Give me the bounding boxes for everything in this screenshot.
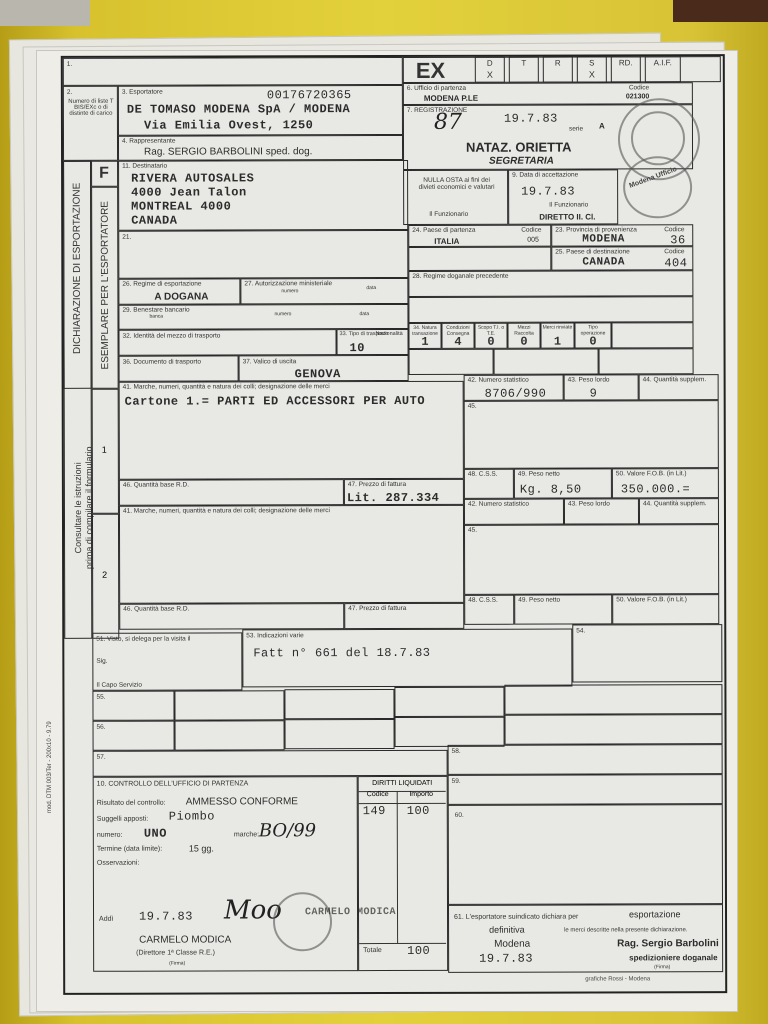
exporter-code: 00176720365	[267, 88, 352, 102]
item-1-fob-label: 50. Valore F.O.B. (in Lit.)	[616, 470, 687, 477]
blank-cell	[409, 349, 494, 375]
box-2-label: Numero di liste T BIS/EXc o di distinte …	[66, 99, 116, 117]
transport-type-box: 33. Tipo di trasporto 10 Nazionalità	[336, 329, 408, 355]
flag-label: T	[510, 59, 538, 68]
transaction-code-cell: 34. Natura transazione1	[408, 323, 441, 349]
origin-country-code: 005	[527, 237, 539, 244]
box-55: 55.	[92, 691, 174, 721]
box-2: 2. Numero di liste T BIS/EXc o di distin…	[63, 86, 118, 161]
item-2-fob-box: 50. Valore F.O.B. (in Lit.)	[612, 594, 719, 624]
code-label: Codice	[664, 248, 684, 255]
blank-cell	[494, 348, 599, 374]
box-21: 21.	[118, 230, 408, 279]
item-2-price-box: 47. Prezzo di fattura	[344, 603, 464, 629]
item-1-price-box: 47. Prezzo di fattura Lit. 287.334	[344, 479, 464, 505]
notes-box: 53. Indicazioni varie Fatt n° 661 del 18…	[242, 629, 572, 688]
visa-sig: Sig.	[96, 658, 107, 665]
item-2-net-box: 49. Peso netto	[514, 594, 612, 624]
province-value: MODENA	[582, 233, 625, 245]
item-1-gross-box: 43. Peso lordo 9	[564, 374, 639, 400]
item-1-suppl-box: 44. Quantità supplem.	[639, 374, 719, 400]
nulla-osta-label: NULLA OSTA ai fini dei divieti economici…	[414, 177, 499, 191]
code-value: 4	[443, 335, 474, 349]
box-55e	[504, 684, 722, 715]
item-1-css-label: 48. C.S.S.	[468, 471, 498, 478]
observations-label: Osservazioni:	[97, 860, 139, 867]
item-2-stat-label: 42. Numero statistico	[468, 501, 529, 508]
transaction-code-cell: Condizioni Consegna4	[441, 323, 474, 349]
item-1-net-label: 49. Peso netto	[518, 471, 560, 478]
exit-point-value: GENOVA	[295, 367, 341, 381]
authorization-label: 27. Autorizzazione ministeriale	[244, 280, 332, 287]
visa-box: 51. Visto, si delega per la visita il Si…	[92, 632, 242, 690]
acceptance-date: 19.7.83	[521, 185, 575, 199]
bank-numero: numero	[274, 311, 291, 317]
transaction-code-cell: Tipo operazione0	[574, 322, 611, 348]
registration-date: 19.7.83	[504, 112, 558, 126]
exporter-box: 3. Esportatore 00176720365 DE TOMASO MOD…	[118, 85, 403, 136]
duties-divider	[397, 803, 398, 943]
code-value: 1	[410, 335, 441, 349]
item-1-qty-label: 46. Quantità base R.D.	[123, 482, 189, 489]
duty-amount: 100	[407, 804, 430, 818]
flag-d: DX	[475, 57, 505, 83]
box-55b	[174, 690, 284, 720]
item-2-gross-box: 43. Peso lordo	[564, 498, 639, 524]
visa-chief: Il Capo Servizio	[96, 682, 142, 689]
item-1-box-45: 45.	[464, 400, 719, 469]
declaration-role: spedizioniere doganale	[629, 953, 717, 962]
code-label: Codice	[629, 84, 649, 91]
instructions-line1: Consultare le istruzioni	[73, 408, 84, 608]
flag-label: RD.	[612, 58, 640, 67]
departure-office-value: MODENA P.LE	[424, 94, 478, 103]
officer-title: (Direttore 1ª Classe R.E.)	[136, 949, 215, 956]
code-label: Codice	[664, 226, 684, 233]
box-45-label: 45.	[468, 403, 477, 410]
item-2-suppl-box: 44. Quantità supplem.	[639, 498, 719, 524]
item-2-css-box: 48. C.S.S.	[464, 595, 514, 625]
item-1-side: 1	[92, 389, 119, 514]
form-type-code: EX	[416, 58, 445, 84]
notes-value: Fatt n° 661 del 18.7.83	[253, 646, 430, 660]
blank-cell	[599, 348, 694, 374]
acceptance-box: 9. Data di accettazione 19.7.83 Il Funzi…	[508, 169, 618, 224]
box-45-label: 45.	[468, 527, 477, 534]
term-label: Termine (data limite):	[97, 846, 162, 853]
code-value: 0	[476, 335, 507, 349]
box-54-label: 54.	[576, 627, 585, 634]
notes-label: 53. Indicazioni varie	[246, 632, 303, 639]
declaration-text: le merci descritte nella presente dichia…	[564, 927, 687, 933]
item-1-stat-label: 42. Numero statistico	[468, 377, 529, 384]
nulla-osta-box: NULLA OSTA ai fini dei divieti economici…	[403, 170, 508, 225]
duties-total-label: Totale	[363, 947, 382, 954]
item-2-side: 2	[92, 514, 119, 639]
box-58: 58.	[448, 744, 723, 775]
exporter-address: Via Emilia Ovest, 1250	[144, 118, 313, 132]
item-1-net: Kg. 8,50	[520, 483, 582, 497]
acceptance-official: Il Funzionario	[549, 201, 588, 208]
box-56-label: 56.	[97, 724, 106, 731]
item-1-stat: 8706/990	[485, 387, 547, 401]
box-59: 59.	[448, 774, 723, 805]
flag-rd: RD.	[611, 56, 641, 82]
item-1-price-label: 47. Prezzo di fattura	[348, 481, 406, 488]
declaration-type2: definitiva	[489, 925, 525, 935]
customs-stamp-round	[273, 892, 332, 951]
box-1: 1.	[63, 57, 403, 86]
item-1-price: Lit. 287.334	[347, 491, 439, 505]
transaction-code-cell: Scopo T.I. o T.E.0	[474, 323, 507, 349]
item-1-description-label: 41. Marche, numeri, quantità e natura de…	[123, 383, 330, 391]
code-value: 0	[509, 335, 540, 349]
transport-doc-label: 36. Documento di trasporto	[123, 359, 201, 366]
declaration-box: 61. L'esportatore suindicato dichiara pe…	[448, 904, 723, 973]
exit-point-box: 37. Valico di uscita GENOVA	[239, 355, 409, 381]
flag-s: SX	[577, 56, 607, 82]
consignee-line: MONTREAL 4000	[131, 199, 231, 213]
duties-header: DIRITTI LIQUIDATI	[359, 777, 446, 792]
flag-label: D	[476, 59, 504, 68]
item-2-stat-box: 42. Numero statistico	[464, 499, 564, 525]
control-result: AMMESSO CONFORME	[186, 796, 298, 807]
printer-credit: grafiche Rossi - Modena	[585, 976, 650, 982]
declaration-label: 61. L'esportatore suindicato dichiara pe…	[454, 914, 578, 921]
province-box: 23. Provincia di provenienza MODENA Codi…	[551, 224, 693, 246]
flag-label: R	[544, 59, 572, 68]
visa-label: 51. Visto, si delega per la visita il	[96, 636, 190, 643]
duties-amount-label: Importo	[397, 791, 446, 804]
item-1-stat-box: 42. Numero statistico 8706/990	[464, 375, 564, 401]
box-58-label: 58.	[452, 748, 461, 755]
edge-form-code: mod. DTM 003/Ter - 200x10 - 9.79	[47, 633, 53, 813]
export-declaration-form: 1. EX DXTRSXRD.A.I.F. 2. Numero di liste…	[61, 54, 727, 995]
transaction-code-cell: Mezzi Raccolta0	[507, 323, 540, 349]
transport-type-value: 10	[350, 341, 365, 355]
exit-point-label: 37. Valico di uscita	[243, 358, 297, 365]
destination-value: CANADA	[582, 256, 625, 268]
box-55-label: 55.	[96, 694, 105, 701]
empty-country-box	[408, 247, 551, 271]
item-2-description-box: 41. Marche, numeri, quantità e natura de…	[119, 505, 464, 604]
flag-label: S	[578, 58, 606, 67]
blank-row-box	[408, 296, 693, 323]
duties-row: 149100	[359, 804, 446, 820]
registration-number: 87	[434, 110, 462, 135]
box-57-label: 57.	[97, 754, 106, 761]
flag-value: X	[578, 69, 606, 79]
item-2-gross-label: 43. Peso lordo	[568, 500, 610, 507]
item-2-net-label: 49. Peso netto	[518, 597, 560, 604]
marks-value: BO/99	[259, 820, 316, 841]
date-label: Addì	[99, 916, 113, 923]
item-2-price-label: 47. Prezzo di fattura	[348, 605, 406, 612]
box-56e	[504, 714, 722, 745]
authorization-box: 27. Autorizzazione ministeriale numero d…	[240, 278, 408, 304]
box-55c	[284, 689, 394, 719]
item-2-number: 2	[102, 570, 107, 580]
item-1-suppl-label: 44. Quantità supplem.	[643, 376, 707, 383]
duty-code: 149	[363, 804, 386, 818]
copy-letter: F	[99, 165, 109, 183]
declaration-place: Modena	[494, 939, 530, 950]
consignee-box: 11. Destinatario RIVERA AUTOSALES4000 Je…	[118, 160, 408, 231]
export-regime-value: A DOGANA	[154, 291, 208, 302]
box-55d	[394, 687, 504, 717]
control-date: 19.7.83	[139, 910, 193, 924]
transport-id-label: 32. Identità del mezzo di trasporto	[122, 332, 220, 339]
flag-label: A.I.F.	[646, 58, 680, 67]
destination-label: 25. Paese di destinazione	[555, 248, 629, 255]
code-value: 0	[576, 334, 611, 348]
departure-office-label: 6. Ufficio di partenza	[407, 85, 466, 92]
side-label-outer: DICHIARAZIONE DI ESPORTAZIONE	[72, 168, 84, 368]
flag-value: X	[476, 70, 504, 80]
box-57: 57.	[93, 750, 448, 777]
flag-r: R	[543, 57, 573, 83]
item-1-net-box: 49. Peso netto Kg. 8,50	[514, 468, 612, 498]
province-code: 36	[670, 233, 685, 247]
item-2-box-45: 45.	[464, 524, 719, 595]
background-object-dark	[673, 0, 768, 22]
declaration-signer: Rag. Sergio Barbolini	[617, 938, 719, 949]
code-value: 1	[542, 335, 574, 349]
bank-data: data	[359, 311, 369, 317]
export-regime-label: 26. Regime di esportazione	[122, 281, 201, 288]
control-label: 10. CONTROLLO DELL'UFFICIO DI PARTENZA	[97, 780, 249, 787]
item-1-fob-box: 50. Valore F.O.B. (in Lit.) 350.000.=	[612, 468, 719, 498]
exporter-name: DE TOMASO MODENA SpA / MODENA	[127, 102, 350, 117]
consignee-line: 4000 Jean Talon	[131, 185, 247, 199]
officer-name: CARMELO MODICA	[139, 934, 231, 945]
box-60-label: 60.	[455, 812, 464, 819]
duties-rows: 149100	[359, 804, 446, 820]
export-regime-box: 26. Regime di esportazione A DOGANA	[118, 278, 240, 304]
item-1-description-box: 41. Marche, numeri, quantità e natura de…	[119, 381, 464, 480]
box-56d	[395, 717, 505, 747]
box-56b	[175, 720, 285, 750]
sign-label: (Firma)	[169, 961, 185, 967]
nationality-label: Nazionalità	[375, 331, 402, 337]
number-label: numero:	[97, 832, 123, 839]
representative-label: 4. Rappresentante	[122, 138, 176, 145]
acceptance-stamp: DIRETTO II. Cl.	[539, 212, 595, 221]
item-2-fob-label: 50. Valore F.O.B. (in Lit.)	[616, 596, 687, 603]
representative-box: 4. Rappresentante Rag. SERGIO BARBOLINI …	[118, 135, 403, 161]
origin-country-box: 24. Paese di partenza ITALIA Codice 005	[408, 225, 551, 247]
consignee-line: CANADA	[131, 214, 177, 228]
item-1-qty-box: 46. Quantità base R.D.	[119, 479, 344, 506]
series-value: A	[599, 121, 605, 130]
declaration-type: esportazione	[629, 909, 681, 919]
item-1-css-box: 48. C.S.S.	[464, 469, 514, 499]
item-2-qty-box: 46. Quantità base R.D.	[119, 603, 344, 630]
codes-blank-box	[611, 322, 693, 348]
origin-country-value: ITALIA	[434, 237, 459, 246]
item-1-gross-label: 43. Peso lordo	[568, 376, 610, 383]
duties-box: DIRITTI LIQUIDATI Codice Importo 149100 …	[358, 776, 449, 971]
box-54: 54.	[572, 624, 722, 682]
exporter-label: 3. Esportatore	[122, 89, 163, 96]
box-59-label: 59.	[452, 778, 461, 785]
seals-value: Piombo	[169, 809, 215, 823]
registration-stamp: NATAZ. ORIETTA	[466, 140, 571, 155]
registration-stamp-sub: SEGRETARIA	[489, 156, 554, 167]
marks-label: marche:	[234, 831, 259, 838]
previous-regime-box: 28. Regime doganale precedente	[408, 270, 693, 297]
acceptance-label: 9. Data di accettazione	[512, 172, 578, 179]
destination-box: 25. Paese di destinazione CANADA Codice …	[551, 246, 693, 270]
declaration-date: 19.7.83	[479, 952, 533, 966]
destination-code: 404	[664, 256, 687, 270]
item-1-number: 1	[102, 445, 107, 455]
bank-box: 29. Benestare bancario banca numero data	[118, 304, 408, 330]
authorization-data: data	[366, 285, 376, 291]
box-60: 60.	[448, 804, 723, 905]
box-56c	[285, 719, 395, 749]
seals-label: Suggelli apposti:	[97, 816, 148, 823]
authorization-numero: numero	[281, 288, 298, 294]
previous-regime-label: 28. Regime doganale precedente	[412, 273, 508, 280]
code-label: Codice	[521, 227, 541, 234]
background-object	[0, 0, 90, 26]
transport-id-box: 32. Identità del mezzo di trasporto	[118, 329, 336, 356]
bank-sub: banca	[149, 314, 163, 320]
series-label: serie	[569, 126, 583, 133]
side-label-inner: ESEMPLARE PER L'ESPORTATORE	[100, 185, 112, 385]
consignee-line: RIVERA AUTOSALES	[131, 171, 254, 185]
item-2-description-label: 41. Marche, numeri, quantità e natura de…	[123, 507, 330, 515]
transaction-code-cell: Merci rinviate1	[540, 323, 574, 349]
term-value: 15 gg.	[189, 843, 214, 853]
consignee-label: 11. Destinatario	[122, 163, 167, 170]
nulla-osta-official: Il Funzionario	[429, 211, 468, 218]
copy-letter-box: F	[91, 161, 118, 187]
duties-code-label: Codice	[359, 791, 398, 804]
box-56: 56.	[93, 721, 175, 751]
control-result-label: Risultato del controllo:	[97, 800, 166, 807]
duties-total: 100	[407, 944, 430, 958]
box-21-label: 21.	[122, 234, 131, 241]
item-1-gross: 9	[590, 386, 598, 400]
code-label: Merci rinviate	[541, 325, 573, 331]
declaration-sign-label: (Firma)	[654, 964, 670, 970]
representative-value: Rag. SERGIO BARBOLINI sped. dog.	[144, 146, 312, 157]
item-2-qty-label: 46. Quantità base R.D.	[123, 606, 189, 613]
duties-total-divider	[359, 943, 446, 944]
flag-t: T	[509, 57, 539, 83]
item-2-suppl-label: 44. Quantità supplem.	[643, 500, 707, 507]
item-1-fob: 350.000.=	[621, 482, 690, 496]
origin-country-label: 24. Paese di partenza	[412, 227, 475, 234]
flag-aif: A.I.F.	[645, 56, 681, 82]
item-1-description: Cartone 1.= PARTI ED ACCESSORI PER AUTO	[125, 394, 425, 409]
transport-doc-box: 36. Documento di trasporto	[119, 355, 239, 381]
number-value: UNO	[144, 827, 167, 841]
item-2-css-label: 48. C.S.S.	[468, 597, 498, 604]
